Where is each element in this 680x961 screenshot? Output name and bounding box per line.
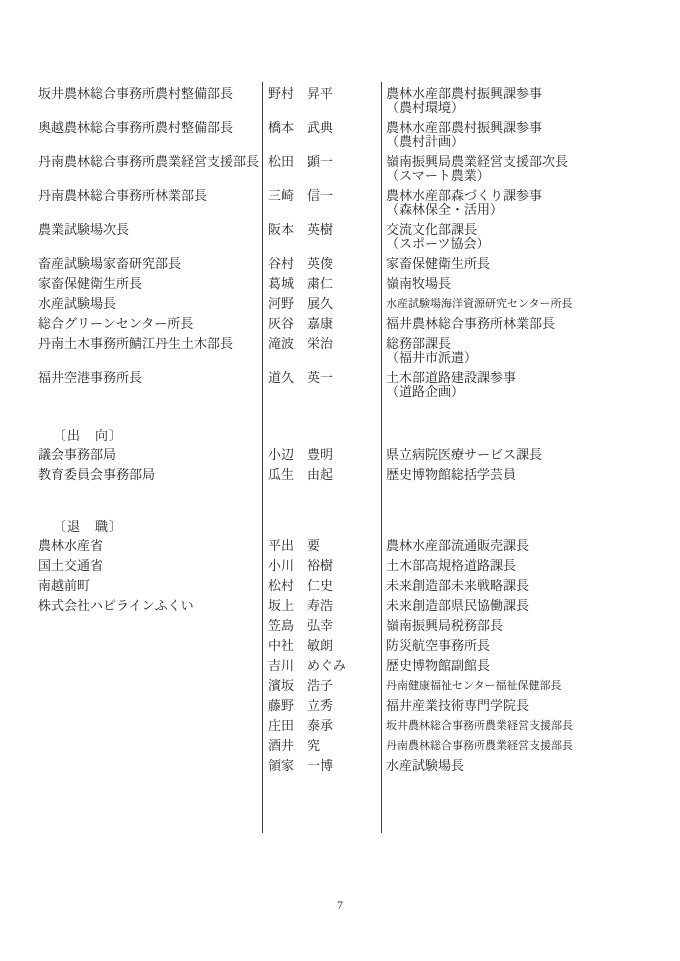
old-position: 丹南農林総合事務所林業部長: [0, 189, 262, 203]
personnel-row: 水産試験場長 河野 展久 水産試験場海洋資源研究センター所長: [0, 297, 680, 311]
person-name: 笠島 弘幸: [262, 619, 381, 633]
new-position-cell: 丹南農林総合事務所農業経営支援部長: [381, 739, 680, 753]
new-position-cell: 農林水産部流通販売課長: [381, 539, 680, 553]
personnel-section: 〔出 向〕 議会事務部局 小辺 豊明 県立病院医療サービス課長 教育委員会事務部…: [0, 429, 680, 482]
new-position-cell: 福井産業技術専門学院長: [381, 699, 680, 713]
personnel-row: 家畜保健衛生所長 葛城 粛仁 嶺南牧場長: [0, 277, 680, 291]
old-position: 南越前町: [0, 579, 262, 593]
personnel-row: 議会事務部局 小辺 豊明 県立病院医療サービス課長: [0, 448, 680, 462]
person-name: 藤野 立秀: [262, 699, 381, 713]
document-body: 坂井農林総合事務所農村整備部長 野村 昇平 農林水産部農村振興課参事 （農村環境…: [0, 87, 680, 779]
new-position: 坂井農林総合事務所農業経営支援部長: [386, 719, 680, 733]
old-position: 議会事務部局: [0, 448, 262, 462]
new-position-cell: 県立病院医療サービス課長: [381, 448, 680, 462]
new-position: 嶺南牧場長: [386, 277, 680, 291]
new-position: 福井産業技術専門学院長: [386, 699, 680, 713]
old-position: 水産試験場長: [0, 297, 262, 311]
person-name: 平出 要: [262, 539, 381, 553]
new-position-cell: 丹南健康福祉センター福祉保健部長: [381, 679, 680, 693]
new-position-note: （道路企画）: [386, 385, 680, 399]
new-position-cell: 歴史博物館副館長: [381, 659, 680, 673]
section-rows: 議会事務部局 小辺 豊明 県立病院医療サービス課長 教育委員会事務部局 瓜生 由…: [0, 448, 680, 482]
person-name: 庄田 泰承: [262, 719, 381, 733]
new-position-cell: 未来創造部県民協働課長: [381, 599, 680, 613]
new-position: 農林水産部流通販売課長: [386, 539, 680, 553]
section-header: 〔出 向〕: [0, 429, 680, 443]
new-position-note: （福井市派遣）: [386, 351, 680, 365]
person-name: 橋本 武典: [262, 121, 381, 135]
new-position-cell: 未来創造部未来戦略課長: [381, 579, 680, 593]
page-number: 7: [0, 898, 680, 913]
person-name: 坂上 寿浩: [262, 599, 381, 613]
section-rows: 農林水産省 平出 要 農林水産部流通販売課長 国土交通省 小川 裕樹 土木部高規…: [0, 539, 680, 773]
person-name: 瓜生 由起: [262, 468, 381, 482]
personnel-row: 丹南農林総合事務所林業部長 三崎 信一 農林水産部森づくり課参事 （森林保全・活…: [0, 189, 680, 217]
personnel-row: 濱坂 浩子 丹南健康福祉センター福祉保健部長: [0, 679, 680, 693]
personnel-row: 藤野 立秀 福井産業技術専門学院長: [0, 699, 680, 713]
personnel-row: 教育委員会事務部局 瓜生 由起 歴史博物館総括学芸員: [0, 468, 680, 482]
person-name: 松田 顕一: [262, 155, 381, 169]
person-name: 松村 仁史: [262, 579, 381, 593]
old-position: 株式会社ハピラインふくい: [0, 599, 262, 613]
new-position: 交流文化部課長: [386, 223, 680, 237]
old-position: 奥越農林総合事務所農村整備部長: [0, 121, 262, 135]
section-rows: 坂井農林総合事務所農村整備部長 野村 昇平 農林水産部農村振興課参事 （農村環境…: [0, 87, 680, 399]
old-position: 畜産試験場家畜研究部長: [0, 257, 262, 271]
new-position-cell: 土木部道路建設課参事 （道路企画）: [381, 371, 680, 399]
new-position: 県立病院医療サービス課長: [386, 448, 680, 462]
person-name: 濱坂 浩子: [262, 679, 381, 693]
person-name: 阪本 英樹: [262, 223, 381, 237]
person-name: 三崎 信一: [262, 189, 381, 203]
new-position-note: （スポーツ協会）: [386, 237, 680, 251]
old-position: 総合グリーンセンター所長: [0, 317, 262, 331]
person-name: 谷村 英俊: [262, 257, 381, 271]
old-position: 家畜保健衛生所長: [0, 277, 262, 291]
personnel-row: 酒井 究 丹南農林総合事務所農業経営支援部長: [0, 739, 680, 753]
personnel-row: 奥越農林総合事務所農村整備部長 橋本 武典 農林水産部農村振興課参事 （農村計画…: [0, 121, 680, 149]
section-header: 〔退 職〕: [0, 520, 680, 534]
new-position-cell: 農林水産部農村振興課参事 （農村環境）: [381, 87, 680, 115]
new-position-cell: 歴史博物館総括学芸員: [381, 468, 680, 482]
personnel-row: 畜産試験場家畜研究部長 谷村 英俊 家畜保健衛生所長: [0, 257, 680, 271]
personnel-row: 農業試験場次長 阪本 英樹 交流文化部課長 （スポーツ協会）: [0, 223, 680, 251]
person-name: 河野 展久: [262, 297, 381, 311]
new-position-note: （農村環境）: [386, 101, 680, 115]
person-name: 小川 裕樹: [262, 559, 381, 573]
new-position-note: （森林保全・活用）: [386, 203, 680, 217]
new-position: 農林水産部森づくり課参事: [386, 189, 680, 203]
new-position-cell: 嶺南牧場長: [381, 277, 680, 291]
person-name: 滝波 栄治: [262, 337, 381, 351]
person-name: 領家 一博: [262, 759, 381, 773]
new-position-cell: 嶺南振興局農業経営支援部次長 （スマート農業）: [381, 155, 680, 183]
new-position: 歴史博物館副館長: [386, 659, 680, 673]
new-position: 農林水産部農村振興課参事: [386, 121, 680, 135]
new-position-cell: 防災航空事務所長: [381, 639, 680, 653]
new-position: 総務部課長: [386, 337, 680, 351]
old-position: 丹南土木事務所鯖江丹生土木部長: [0, 337, 262, 351]
new-position-cell: 総務部課長 （福井市派遣）: [381, 337, 680, 365]
old-position: 坂井農林総合事務所農村整備部長: [0, 87, 262, 101]
old-position: 丹南農林総合事務所農業経営支援部長: [0, 155, 262, 169]
new-position-cell: 嶺南振興局税務部長: [381, 619, 680, 633]
new-position: 農林水産部農村振興課参事: [386, 87, 680, 101]
person-name: 吉川 めぐみ: [262, 659, 381, 673]
new-position-cell: 土木部高規格道路課長: [381, 559, 680, 573]
new-position: 福井農林総合事務所林業部長: [386, 317, 680, 331]
old-position: 農林水産省: [0, 539, 262, 553]
personnel-row: 庄田 泰承 坂井農林総合事務所農業経営支援部長: [0, 719, 680, 733]
new-position: 未来創造部未来戦略課長: [386, 579, 680, 593]
old-position: 教育委員会事務部局: [0, 468, 262, 482]
document-page: 坂井農林総合事務所農村整備部長 野村 昇平 農林水産部農村振興課参事 （農村環境…: [0, 0, 680, 961]
new-position: 歴史博物館総括学芸員: [386, 468, 680, 482]
personnel-row: 福井空港事務所長 道久 英一 土木部道路建設課参事 （道路企画）: [0, 371, 680, 399]
new-position-cell: 水産試験場海洋資源研究センター所長: [381, 297, 680, 311]
personnel-row: 笠島 弘幸 嶺南振興局税務部長: [0, 619, 680, 633]
new-position-cell: 家畜保健衛生所長: [381, 257, 680, 271]
new-position: 土木部道路建設課参事: [386, 371, 680, 385]
personnel-row: 丹南土木事務所鯖江丹生土木部長 滝波 栄治 総務部課長 （福井市派遣）: [0, 337, 680, 365]
personnel-section: 〔退 職〕 農林水産省 平出 要 農林水産部流通販売課長 国土交通省 小川 裕樹…: [0, 520, 680, 773]
old-position: 国土交通省: [0, 559, 262, 573]
new-position-cell: 交流文化部課長 （スポーツ協会）: [381, 223, 680, 251]
new-position-note: （スマート農業）: [386, 169, 680, 183]
personnel-row: 中社 敏朗 防災航空事務所長: [0, 639, 680, 653]
new-position: 丹南健康福祉センター福祉保健部長: [386, 679, 680, 693]
personnel-row: 株式会社ハピラインふくい 坂上 寿浩 未来創造部県民協働課長: [0, 599, 680, 613]
person-name: 葛城 粛仁: [262, 277, 381, 291]
new-position-note: （農村計画）: [386, 135, 680, 149]
new-position: 防災航空事務所長: [386, 639, 680, 653]
person-name: 小辺 豊明: [262, 448, 381, 462]
personnel-row: 丹南農林総合事務所農業経営支援部長 松田 顕一 嶺南振興局農業経営支援部次長 （…: [0, 155, 680, 183]
new-position-cell: 水産試験場長: [381, 759, 680, 773]
person-name: 灰谷 嘉康: [262, 317, 381, 331]
personnel-row: 国土交通省 小川 裕樹 土木部高規格道路課長: [0, 559, 680, 573]
new-position-cell: 坂井農林総合事務所農業経営支援部長: [381, 719, 680, 733]
personnel-row: 領家 一博 水産試験場長: [0, 759, 680, 773]
old-position: 福井空港事務所長: [0, 371, 262, 385]
new-position-cell: 農林水産部森づくり課参事 （森林保全・活用）: [381, 189, 680, 217]
person-name: 野村 昇平: [262, 87, 381, 101]
personnel-section: 坂井農林総合事務所農村整備部長 野村 昇平 農林水産部農村振興課参事 （農村環境…: [0, 87, 680, 399]
personnel-row: 坂井農林総合事務所農村整備部長 野村 昇平 農林水産部農村振興課参事 （農村環境…: [0, 87, 680, 115]
new-position: 水産試験場長: [386, 759, 680, 773]
new-position-cell: 農林水産部農村振興課参事 （農村計画）: [381, 121, 680, 149]
personnel-row: 南越前町 松村 仁史 未来創造部未来戦略課長: [0, 579, 680, 593]
new-position: 水産試験場海洋資源研究センター所長: [386, 297, 680, 311]
old-position: 農業試験場次長: [0, 223, 262, 237]
new-position: 嶺南振興局税務部長: [386, 619, 680, 633]
personnel-row: 総合グリーンセンター所長 灰谷 嘉康 福井農林総合事務所林業部長: [0, 317, 680, 331]
new-position: 家畜保健衛生所長: [386, 257, 680, 271]
person-name: 道久 英一: [262, 371, 381, 385]
person-name: 酒井 究: [262, 739, 381, 753]
new-position: 丹南農林総合事務所農業経営支援部長: [386, 739, 680, 753]
new-position: 土木部高規格道路課長: [386, 559, 680, 573]
new-position: 嶺南振興局農業経営支援部次長: [386, 155, 680, 169]
new-position: 未来創造部県民協働課長: [386, 599, 680, 613]
personnel-row: 農林水産省 平出 要 農林水産部流通販売課長: [0, 539, 680, 553]
personnel-row: 吉川 めぐみ 歴史博物館副館長: [0, 659, 680, 673]
new-position-cell: 福井農林総合事務所林業部長: [381, 317, 680, 331]
person-name: 中社 敏朗: [262, 639, 381, 653]
